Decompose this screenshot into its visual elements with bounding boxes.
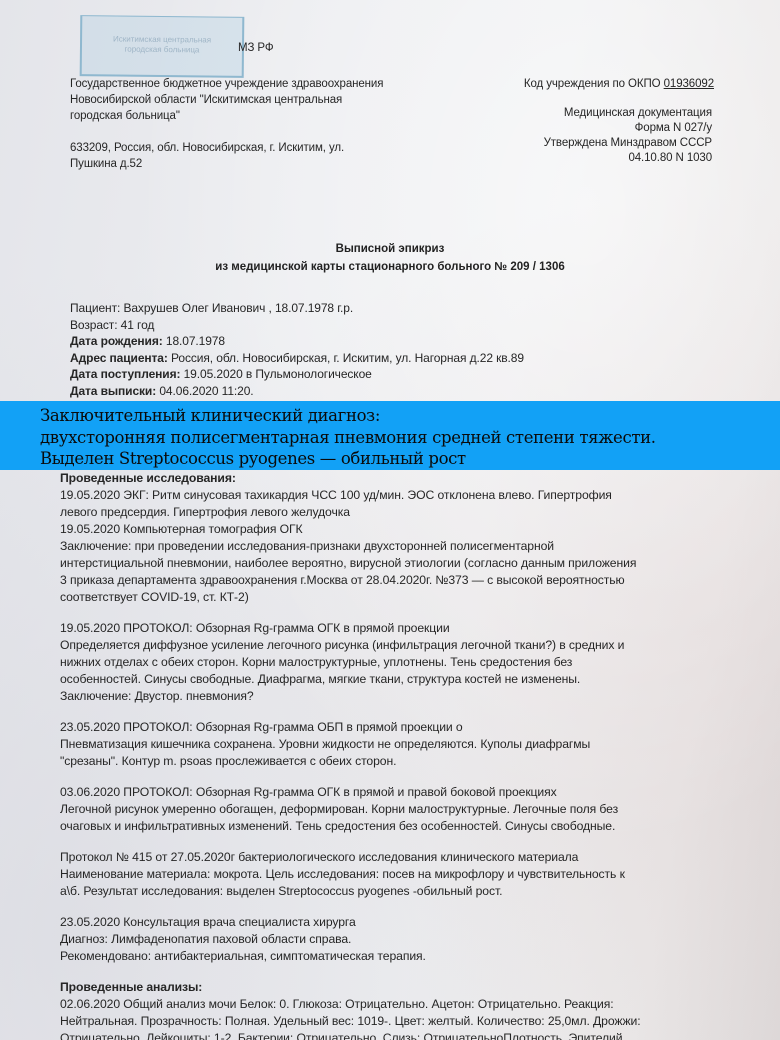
- document-title: Выписной эпикриз из медицинской карты ст…: [0, 240, 780, 276]
- text-line: Пневматизация кишечника сохранена. Уровн…: [60, 736, 710, 753]
- patient-name-row: Пациент: Вахрушев Олег Иванович , 18.07.…: [70, 300, 720, 317]
- label: Дата рождения:: [70, 334, 163, 348]
- address-line: Пушкина д.52: [70, 156, 400, 172]
- label: Дата выписки:: [70, 384, 156, 398]
- analyses-heading: Проведенные анализы:: [60, 979, 710, 996]
- value: Россия, обл. Новосибирская, г. Искитим, …: [171, 351, 524, 365]
- okpo-code: 01936092: [664, 78, 714, 90]
- surgeon-consultation: 23.05.2020 Консультация врача специалист…: [60, 914, 710, 965]
- text-line: 03.06.2020 ПРОТОКОЛ: Обзорная Rg-грамма …: [60, 784, 710, 801]
- text-line: Заключение: Двустор. пневмония?: [60, 688, 710, 705]
- value: 41 год: [121, 318, 155, 332]
- urine-analysis: 02.06.2020 Общий анализ мочи Белок: 0. Г…: [60, 996, 710, 1040]
- stamp-line: городская больница: [82, 44, 242, 56]
- form-info: Медицинская документация Форма N 027/у У…: [544, 106, 712, 166]
- text-line: 02.06.2020 Общий анализ мочи Белок: 0. Г…: [60, 996, 710, 1013]
- diagnosis-banner: Заключительный клинический диагноз: двух…: [0, 401, 780, 470]
- text-line: Отрицательно. Лейкоциты: 1-2. Бактерии: …: [60, 1030, 710, 1040]
- title-subline: из медицинской карты стационарного больн…: [0, 258, 780, 276]
- text-line: Нейтральная. Прозрачность: Полная. Удель…: [60, 1013, 710, 1030]
- organization-line: городская больница": [70, 108, 440, 124]
- text-line: Протокол № 415 от 27.05.2020г бактериоло…: [60, 849, 710, 866]
- text-line: нижних отделах с обеих сторон. Корни мал…: [60, 654, 710, 671]
- ct-title: 19.05.2020 Компьютерная томография ОГК: [60, 521, 710, 538]
- text-line: соответствует COVID-19, ст. КТ-2): [60, 589, 710, 606]
- value: Вахрушев Олег Иванович , 18.07.1978 г.р.: [123, 301, 353, 315]
- discharge-date-row: Дата выписки: 04.06.2020 11:20.: [70, 383, 720, 400]
- studies-heading: Проведенные исследования:: [60, 470, 710, 487]
- patient-info: Пациент: Вахрушев Олег Иванович , 18.07.…: [70, 300, 720, 399]
- text-line: Рекомендовано: антибактериальная, симпто…: [60, 948, 710, 965]
- okpo-label: Код учреждения по ОКПО: [524, 78, 661, 90]
- label: Адрес пациента:: [70, 351, 168, 365]
- text-line: Заключение: при проведении исследования-…: [60, 538, 710, 555]
- text-line: Наименование материала: мокрота. Цель ис…: [60, 866, 710, 883]
- text-line: "срезаны". Контур m. psoas прослеживаетс…: [60, 753, 710, 770]
- text-line: а\б. Результат исследования: выделен Str…: [60, 883, 710, 900]
- institution-stamp: Искитимская центральная городская больни…: [80, 15, 245, 78]
- diagnosis-text: двухсторонняя полисегментарная пневмония…: [40, 427, 780, 449]
- ct-conclusion: Заключение: при проведении исследования-…: [60, 538, 710, 606]
- form-line: Утверждена Минздравом СССР: [544, 136, 712, 151]
- value: 19.05.2020 в Пульмонологическое: [184, 367, 372, 381]
- text-line: 23.05.2020 Консультация врача специалист…: [60, 914, 710, 931]
- bacteriology-protocol: Протокол № 415 от 27.05.2020г бактериоло…: [60, 849, 710, 900]
- text-line: очаговых и инфильтративных изменений. Те…: [60, 818, 710, 835]
- patient-address-row: Адрес пациента: Россия, обл. Новосибирск…: [70, 350, 720, 367]
- text-line: 19.05.2020 ЭКГ: Ритм синусовая тахикарди…: [60, 487, 710, 504]
- title-line: Выписной эпикриз: [0, 240, 780, 258]
- text-line: интерстициальной пневмонии, наиболее вер…: [60, 555, 710, 572]
- value: 18.07.1978: [166, 334, 225, 348]
- okpo-code-row: Код учреждения по ОКПО 01936092: [524, 76, 714, 93]
- label: Дата поступления:: [70, 367, 180, 381]
- organization-line: Государственное бюджетное учреждение здр…: [70, 76, 440, 92]
- document-body: Проведенные исследования: 19.05.2020 ЭКГ…: [60, 470, 710, 1040]
- text-line: особенностей. Синусы свободные. Диафрагм…: [60, 671, 710, 688]
- admission-date-row: Дата поступления: 19.05.2020 в Пульмонол…: [70, 366, 720, 383]
- text-line: 19.05.2020 ПРОТОКОЛ: Обзорная Rg-грамма …: [60, 620, 710, 637]
- text-line: левого предсердия. Гипертрофия левого же…: [60, 504, 710, 521]
- xray-protocol-1: 19.05.2020 ПРОТОКОЛ: Обзорная Rg-грамма …: [60, 620, 710, 705]
- text-line: 23.05.2020 ПРОТОКОЛ: Обзорная Rg-грамма …: [60, 719, 710, 736]
- address-line: 633209, Россия, обл. Новосибирская, г. И…: [70, 140, 400, 156]
- diagnosis-heading: Заключительный клинический диагноз:: [40, 405, 780, 427]
- diagnosis-pathogen: Выделен Streptococcus pyogenes — обильны…: [40, 448, 780, 470]
- organization-address: 633209, Россия, обл. Новосибирская, г. И…: [70, 140, 400, 172]
- patient-birth-row: Дата рождения: 18.07.1978: [70, 333, 720, 350]
- patient-age-row: Возраст: 41 год: [70, 317, 720, 334]
- xray-protocol-3: 03.06.2020 ПРОТОКОЛ: Обзорная Rg-грамма …: [60, 784, 710, 835]
- ministry-label: МЗ РФ: [238, 40, 274, 57]
- organization-name: Государственное бюджетное учреждение здр…: [70, 76, 440, 124]
- xray-protocol-2: 23.05.2020 ПРОТОКОЛ: Обзорная Rg-грамма …: [60, 719, 710, 770]
- ecg-record: 19.05.2020 ЭКГ: Ритм синусовая тахикарди…: [60, 487, 710, 521]
- text-line: 3 приказа департамента здравоохранения г…: [60, 572, 710, 589]
- form-line: Медицинская документация: [544, 106, 712, 121]
- form-line: Форма N 027/у: [544, 121, 712, 136]
- label: Возраст:: [70, 318, 117, 332]
- text-line: Диагноз: Лимфаденопатия паховой области …: [60, 931, 710, 948]
- text-line: Определяется диффузное усиление легочног…: [60, 637, 710, 654]
- label: Пациент:: [70, 301, 120, 315]
- text-line: Легочной рисунок умеренно обогащен, дефо…: [60, 801, 710, 818]
- value: 04.06.2020 11:20.: [159, 384, 253, 398]
- form-line: 04.10.80 N 1030: [544, 151, 712, 166]
- organization-line: Новосибирской области "Искитимская центр…: [70, 92, 440, 108]
